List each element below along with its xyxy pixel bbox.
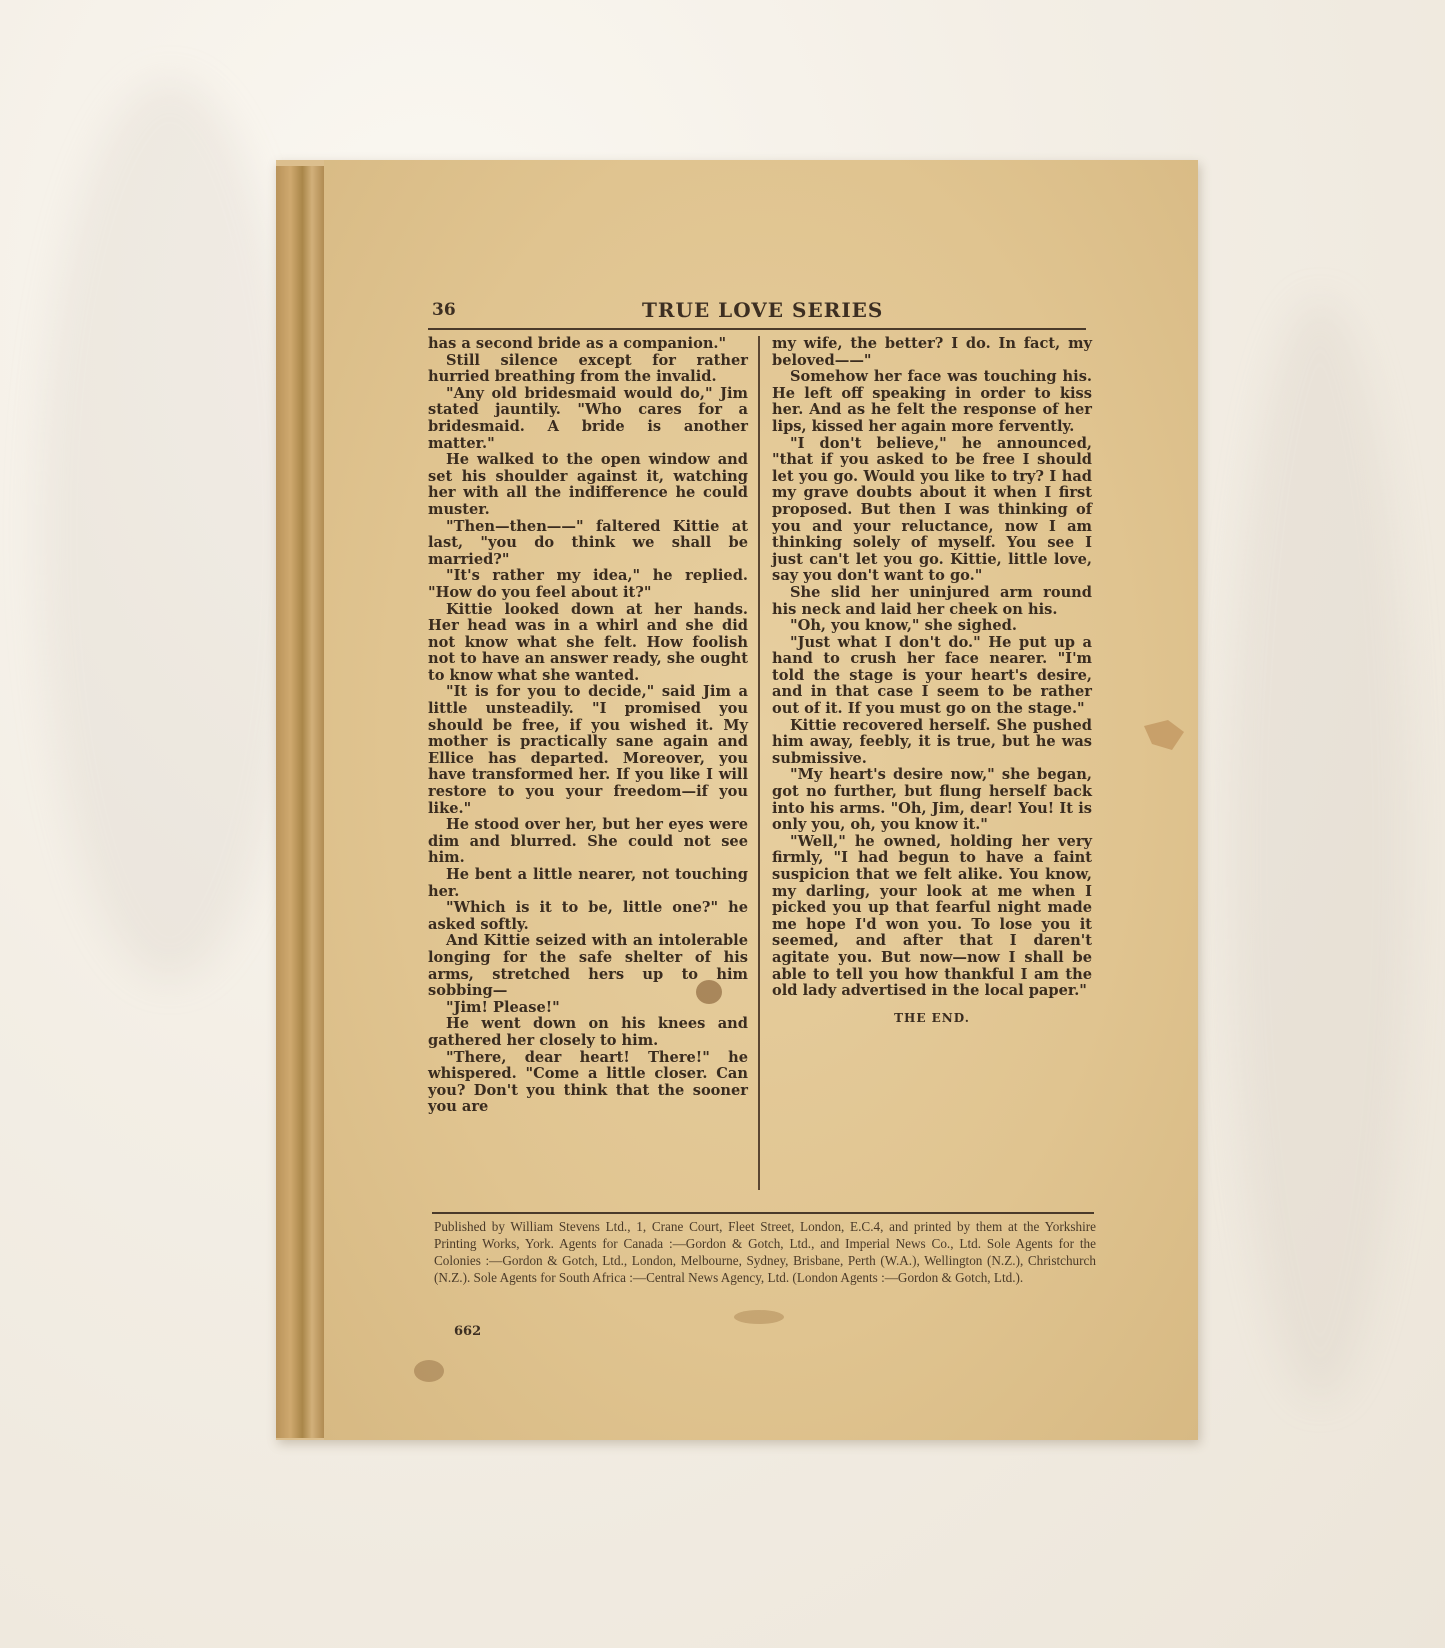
series-title: TRUE LOVE SERIES (642, 298, 883, 322)
paragraph: "It is for you to decide," said Jim a li… (428, 684, 748, 817)
paragraph: "Jim! Please!" (428, 1000, 748, 1017)
booklet-spine-edge (276, 166, 324, 1438)
paragraph: Somehow her face was touching his. He le… (772, 369, 1092, 435)
cloth-fold (1230, 300, 1410, 1400)
running-head: 36 TRUE LOVE SERIES (432, 298, 1112, 328)
paragraph: He walked to the open window and set his… (428, 452, 748, 518)
paragraph: "My heart's desire now," she began, got … (772, 767, 1092, 833)
column-divider (758, 336, 760, 1190)
paragraph: He bent a little nearer, not touching he… (428, 867, 748, 900)
paragraph: has a second bride as a companion." (428, 336, 748, 353)
paragraph: Still silence except for rather hurried … (428, 353, 748, 386)
cloth-fold (40, 80, 300, 980)
print-code: 662 (454, 1324, 481, 1339)
paragraph: "Well," he owned, holding her very firml… (772, 834, 1092, 1000)
paragraph: "Any old bridesmaid would do," Jim state… (428, 386, 748, 452)
booklet: 36 TRUE LOVE SERIES has a second bride a… (276, 160, 1198, 1440)
paragraph: She slid her uninjured arm round his nec… (772, 585, 1092, 618)
paragraph: "Just what I don't do." He put up a hand… (772, 635, 1092, 718)
paragraph: "Which is it to be, little one?" he aske… (428, 900, 748, 933)
paragraph: "Then—then——" faltered Kittie at last, "… (428, 519, 748, 569)
stain (734, 1310, 784, 1324)
paragraph: "I don't believe," he announced, "that i… (772, 436, 1092, 585)
footer-rule (432, 1212, 1094, 1214)
paragraph: "There, dear heart! There!" he whispered… (428, 1050, 748, 1116)
paragraph: He stood over her, but her eyes were dim… (428, 817, 748, 867)
header-rule (428, 328, 1086, 330)
page-number: 36 (432, 300, 456, 320)
publisher-imprint: Published by William Stevens Ltd., 1, Cr… (434, 1218, 1096, 1286)
stain (696, 980, 722, 1004)
paragraph: "Oh, you know," she sighed. (772, 618, 1092, 635)
paragraph: Kittie looked down at her hands. Her hea… (428, 602, 748, 685)
stain (414, 1360, 444, 1382)
page: 36 TRUE LOVE SERIES has a second bride a… (324, 160, 1198, 1440)
paragraph: He went down on his knees and gathered h… (428, 1016, 748, 1049)
paragraph: Kittie recovered herself. She pushed him… (772, 718, 1092, 768)
the-end-marker: THE END. (772, 1010, 1092, 1027)
paragraph: "It's rather my idea," he replied. "How … (428, 568, 748, 601)
text-column-right: my wife, the better? I do. In fact, my b… (772, 336, 1092, 1026)
paragraph: my wife, the better? I do. In fact, my b… (772, 336, 1092, 369)
